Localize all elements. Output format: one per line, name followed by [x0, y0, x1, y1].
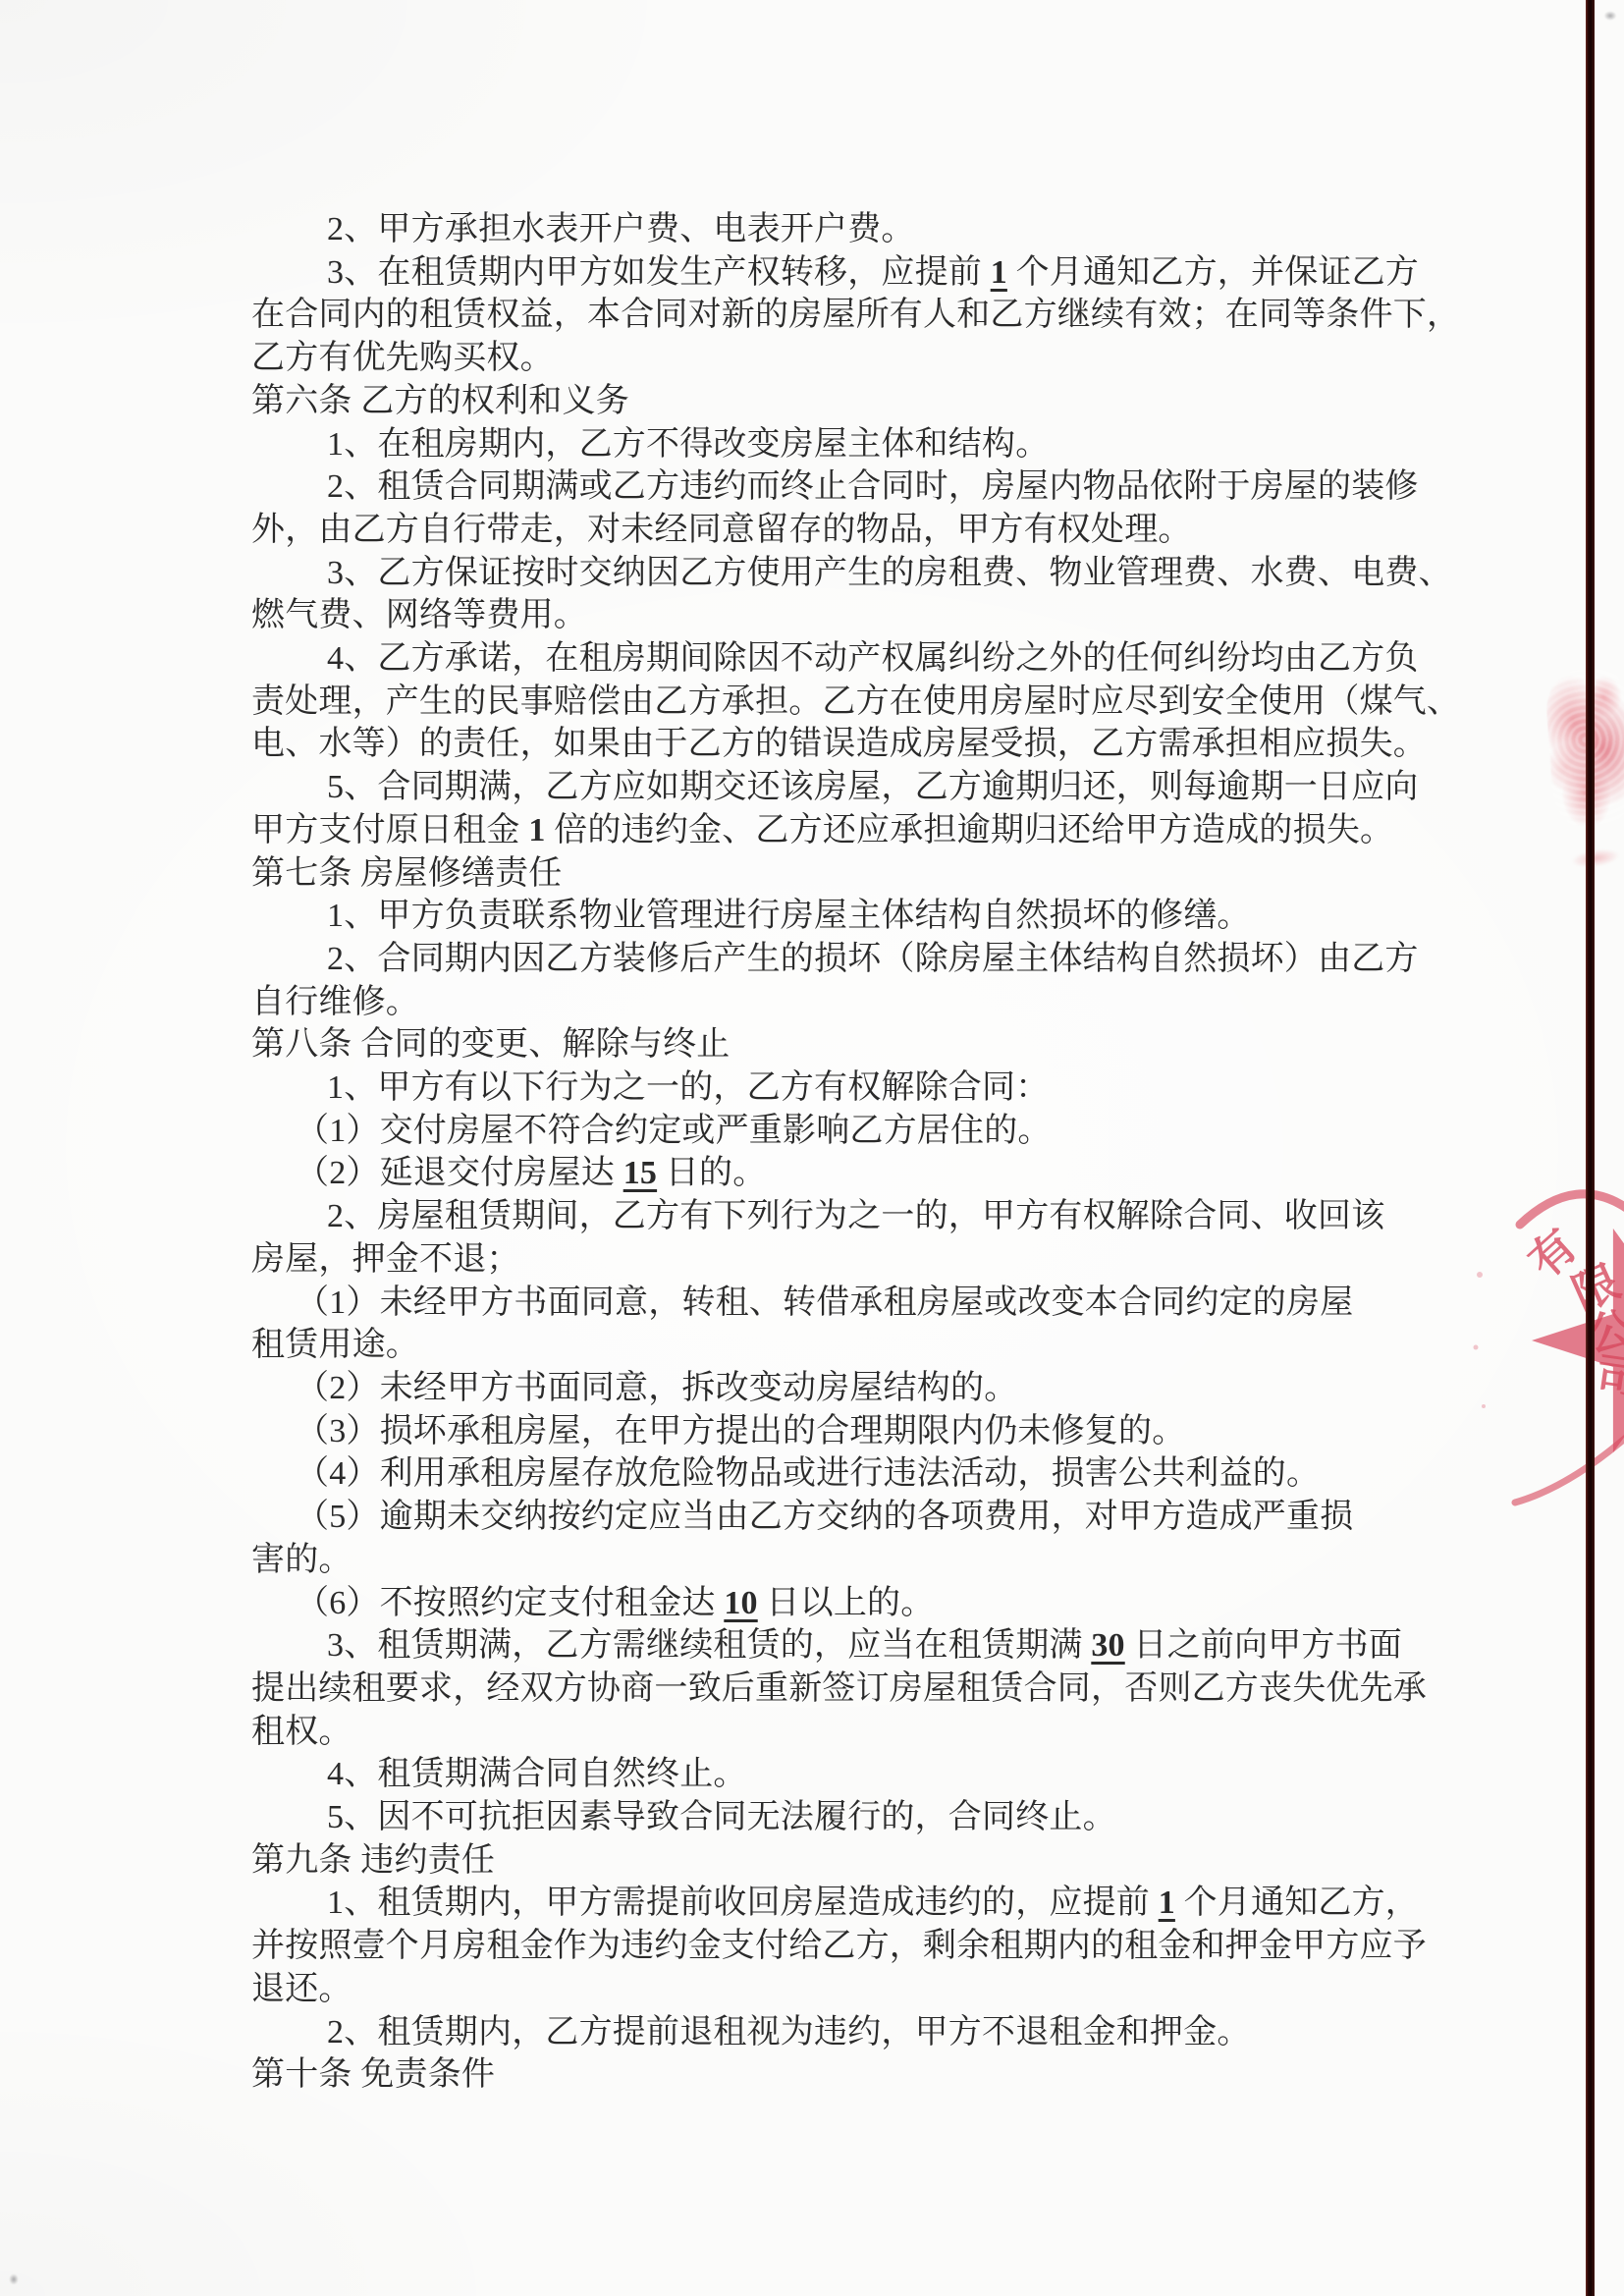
contract-line: 自行维修。	[251, 981, 1474, 1024]
contract-line: 甲方支付原日租金 1 倍的违约金、乙方还应承担逾期归还给甲方造成的损失。	[251, 809, 1474, 852]
contract-text: （3）损坏承租房屋，在甲方提出的合理期限内仍未修复的。	[296, 1413, 1185, 1449]
contract-text: 提出续租要求，经双方协商一致后重新签订房屋租赁合同，否则乙方丧失优先承	[251, 1670, 1427, 1707]
contract-line: 2、房屋租赁期间，乙方有下列行为之一的，甲方有权解除合同、收回该	[251, 1195, 1474, 1238]
page-edge-line	[1586, 0, 1595, 2296]
contract-text: 第七条 房屋修缮责任	[251, 855, 563, 892]
contract-text: 3、在租赁期内甲方如发生产权转移，应提前	[327, 254, 991, 291]
contract-line: 2、甲方承担水表开户费、电表开户费。	[251, 208, 1474, 251]
contract-text: 租权。	[251, 1714, 352, 1750]
seal-ink-speck	[1482, 1404, 1486, 1408]
contract-line: 1、在租房期内，乙方不得改变房屋主体和结构。	[251, 423, 1474, 466]
contract-line: 2、租赁合同期满或乙方违约而终止合同时，房屋内物品依附于房屋的装修	[251, 465, 1474, 509]
contract-line: （2）延退交付房屋达 15 日的。	[251, 1152, 1474, 1195]
contract-text: 甲方支付原日租金	[251, 812, 528, 848]
contract-text: 5、因不可抗拒因素导致合同无法履行的，合同终止。	[327, 1799, 1116, 1835]
contract-text: 2、租赁期内，乙方提前退租视为违约，甲方不退租金和押金。	[327, 2014, 1251, 2050]
scan-speck-top-right	[1602, 10, 1618, 22]
contract-line: 5、因不可抗拒因素导致合同无法履行的，合同终止。	[251, 1796, 1474, 1839]
contract-line: 责处理，产生的民事赔偿由乙方承担。乙方在使用房屋时应尽到安全使用（煤气、	[251, 681, 1474, 724]
contract-text: 第八条 合同的变更、解除与终止	[251, 1026, 731, 1063]
contract-line: 提出续租要求，经双方协商一致后重新签订房屋租赁合同，否则乙方丧失优先承	[251, 1667, 1474, 1711]
contract-line: 第八条 合同的变更、解除与终止	[251, 1023, 1474, 1066]
contract-text: 房屋，押金不退；	[251, 1241, 520, 1278]
contract-text: 2、甲方承担水表开户费、电表开户费。	[327, 211, 915, 247]
contract-text: 1、在租房期内，乙方不得改变房屋主体和结构。	[327, 426, 1049, 463]
company-seal-stamp: 有 限 公 司	[1473, 1159, 1624, 1542]
underlined-number: 15	[623, 1155, 657, 1191]
seal-rim-top-arc	[1520, 1194, 1624, 1225]
fingerprint-smudge-small	[1566, 845, 1624, 872]
contract-text: （2）延退交付房屋达	[296, 1155, 623, 1191]
contract-line: 害的。	[251, 1539, 1474, 1582]
seal-ink-speck	[1474, 1345, 1479, 1350]
contract-text: 第六条 乙方的权利和义务	[251, 383, 629, 419]
contract-body: 2、甲方承担水表开户费、电表开户费。3、在租赁期内甲方如发生产权转移，应提前 1…	[251, 208, 1474, 2097]
contract-text: 租赁用途。	[251, 1327, 419, 1363]
seal-ink-speck	[1477, 1272, 1483, 1278]
scanned-page: 2、甲方承担水表开户费、电表开户费。3、在租赁期内甲方如发生产权转移，应提前 1…	[0, 0, 1624, 2296]
contract-line: 并按照壹个月房租金作为违约金支付给乙方，剩余租期内的租金和押金甲方应予	[251, 1925, 1474, 1968]
contract-line: 乙方有优先购买权。	[251, 337, 1474, 380]
contract-line: 第十条 免责条件	[251, 2053, 1474, 2097]
contract-line: 第六条 乙方的权利和义务	[251, 380, 1474, 423]
contract-text: 自行维修。	[251, 984, 419, 1020]
underlined-number: 10	[724, 1585, 757, 1621]
contract-text: （4）利用承租房屋存放危险物品或进行违法活动，损害公共利益的。	[296, 1455, 1320, 1492]
contract-line: 1、甲方负责联系物业管理进行房屋主体结构自然损坏的修缮。	[251, 895, 1474, 938]
scan-speck-bottom-left	[8, 2272, 20, 2286]
contract-text: 责处理，产生的民事赔偿由乙方承担。乙方在使用房屋时应尽到安全使用（煤气、	[251, 683, 1460, 720]
contract-line: 2、租赁期内，乙方提前退租视为违约，甲方不退租金和押金。	[251, 2011, 1474, 2054]
contract-line: 3、乙方保证按时交纳因乙方使用产生的房租费、物业管理费、水费、电费、	[251, 552, 1474, 595]
contract-line: （1）未经甲方书面同意，转租、转借承租房屋或改变本合同约定的房屋	[251, 1282, 1474, 1325]
contract-text: 第十条 免责条件	[251, 2056, 495, 2093]
contract-line: 退还。	[251, 1968, 1474, 2011]
contract-text: 1、租赁期内，甲方需提前收回房屋造成违约的，应提前	[327, 1885, 1159, 1921]
contract-line: 第九条 违约责任	[251, 1839, 1474, 1883]
contract-line: （4）利用承租房屋存放危险物品或进行违法活动，损害公共利益的。	[251, 1452, 1474, 1496]
contract-line: 4、租赁期满合同自然终止。	[251, 1753, 1474, 1796]
contract-line: 租权。	[251, 1711, 1474, 1754]
contract-text: （1）交付房屋不符合约定或严重影响乙方居住的。	[296, 1113, 1052, 1149]
contract-text: 在合同内的租赁权益，本合同对新的房屋所有人和乙方继续有效；在同等条件下，	[251, 297, 1460, 333]
contract-line: （5）逾期未交纳按约定应当由乙方交纳的各项费用，对甲方造成严重损	[251, 1496, 1474, 1539]
contract-text: 4、租赁期满合同自然终止。	[327, 1756, 747, 1792]
contract-text: 日以上的。	[758, 1585, 935, 1621]
contract-line: 电、水等）的责任，如果由于乙方的错误造成房屋受损，乙方需承担相应损失。	[251, 723, 1474, 766]
contract-line: 在合同内的租赁权益，本合同对新的房屋所有人和乙方继续有效；在同等条件下，	[251, 294, 1474, 337]
contract-text: 外，由乙方自行带走，对未经同意留存的物品，甲方有权处理。	[251, 512, 1192, 548]
contract-text: 5、合同期满，乙方应如期交还该房屋，乙方逾期归还，则每逾期一日应向	[327, 769, 1419, 805]
contract-text: 乙方有优先购买权。	[251, 340, 554, 376]
fingerprint-stamp-mark	[1544, 667, 1624, 827]
contract-text: 退还。	[251, 1971, 352, 2007]
contract-line: 5、合同期满，乙方应如期交还该房屋，乙方逾期归还，则每逾期一日应向	[251, 766, 1474, 809]
underlined-number: 30	[1091, 1627, 1124, 1664]
contract-text: 第九条 违约责任	[251, 1842, 495, 1879]
contract-line: 1、甲方有以下行为之一的，乙方有权解除合同：	[251, 1066, 1474, 1110]
contract-line: （2）未经甲方书面同意，拆改变动房屋结构的。	[251, 1367, 1474, 1410]
contract-text: 日之前向甲方书面	[1125, 1627, 1402, 1664]
underlined-number: 1	[1159, 1885, 1175, 1921]
contract-line: （6）不按照约定支付租金达 10 日以上的。	[251, 1582, 1474, 1625]
contract-text: （2）未经甲方书面同意，拆改变动房屋结构的。	[296, 1370, 1017, 1406]
contract-line: 燃气费、网络等费用。	[251, 594, 1474, 637]
contract-line: （1）交付房屋不符合约定或严重影响乙方居住的。	[251, 1110, 1474, 1153]
contract-text: 倍的违约金、乙方还应承担逾期归还给甲方造成的损失。	[546, 812, 1394, 848]
contract-text: 2、合同期内因乙方装修后产生的损坏（除房屋主体结构自然损坏）由乙方	[327, 941, 1419, 977]
underlined-number: 1	[991, 254, 1007, 291]
contract-text: 2、房屋租赁期间，乙方有下列行为之一的，甲方有权解除合同、收回该	[327, 1198, 1384, 1234]
contract-line: 外，由乙方自行带走，对未经同意留存的物品，甲方有权处理。	[251, 509, 1474, 552]
contract-line: 房屋，押金不退；	[251, 1238, 1474, 1282]
contract-text: 2、租赁合同期满或乙方违约而终止合同时，房屋内物品依附于房屋的装修	[327, 468, 1419, 505]
contract-line: 3、租赁期满，乙方需继续租赁的，应当在租赁期满 30 日之前向甲方书面	[251, 1624, 1474, 1667]
contract-line: 第七条 房屋修缮责任	[251, 852, 1474, 896]
contract-text: 1、甲方有以下行为之一的，乙方有权解除合同：	[327, 1069, 1049, 1106]
contract-line: 租赁用途。	[251, 1324, 1474, 1367]
contract-text: 电、水等）的责任，如果由于乙方的错误造成房屋受损，乙方需承担相应损失。	[251, 726, 1427, 762]
contract-text: 个月通知乙方，	[1175, 1885, 1419, 1921]
contract-line: 3、在租赁期内甲方如发生产权转移，应提前 1 个月通知乙方，并保证乙方	[251, 251, 1474, 295]
contract-line: 4、乙方承诺，在租房期间除因不动产权属纠纷之外的任何纠纷均由乙方负	[251, 637, 1474, 681]
contract-text: （6）不按照约定支付租金达	[296, 1585, 724, 1621]
contract-text: （5）逾期未交纳按约定应当由乙方交纳的各项费用，对甲方造成严重损	[296, 1499, 1353, 1535]
contract-text: 日的。	[657, 1155, 766, 1191]
contract-line: 2、合同期内因乙方装修后产生的损坏（除房屋主体结构自然损坏）由乙方	[251, 938, 1474, 981]
bold-number: 1	[528, 812, 545, 848]
contract-line: （3）损坏承租房屋，在甲方提出的合理期限内仍未修复的。	[251, 1410, 1474, 1453]
contract-text: 3、乙方保证按时交纳因乙方使用产生的房租费、物业管理费、水费、电费、	[327, 555, 1452, 591]
contract-text: 害的。	[251, 1542, 352, 1578]
contract-text: 1、甲方负责联系物业管理进行房屋主体结构自然损坏的修缮。	[327, 898, 1251, 934]
contract-text: 并按照壹个月房租金作为违约金支付给乙方，剩余租期内的租金和押金甲方应予	[251, 1928, 1427, 1964]
contract-line: 1、租赁期内，甲方需提前收回房屋造成违约的，应提前 1 个月通知乙方，	[251, 1882, 1474, 1925]
contract-text: （1）未经甲方书面同意，转租、转借承租房屋或改变本合同约定的房屋	[296, 1285, 1353, 1321]
contract-text: 3、租赁期满，乙方需继续租赁的，应当在租赁期满	[327, 1627, 1091, 1664]
contract-text: 个月通知乙方，并保证乙方	[1007, 254, 1419, 291]
contract-text: 燃气费、网络等费用。	[251, 597, 587, 633]
contract-text: 4、乙方承诺，在租房期间除因不动产权属纠纷之外的任何纠纷均由乙方负	[327, 640, 1419, 677]
seal-rim-bottom-arc	[1515, 1430, 1624, 1503]
